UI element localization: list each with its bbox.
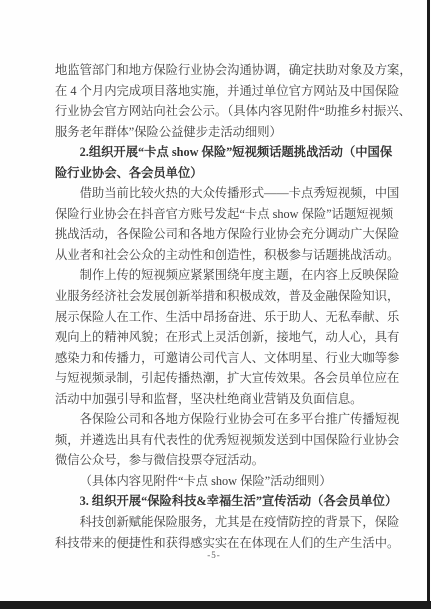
text-line: 在 4 个月内完成项目落地实施，并通过单位官方网站及中国保险: [55, 81, 411, 102]
text-line: 挑战活动，各保险公司和各地方保险行业协会充分调动广大保险: [55, 224, 411, 245]
text-line: 业服务经济社会发展创新举措和积极成效，普及金融保险知识，: [55, 286, 411, 307]
text-line: 感染力和传播力，可邀请公司代言人、文体明星、行业大咖等参: [55, 348, 411, 369]
text-line: 制作上传的短视频应紧紧围绕年度主题，在内容上反映保险: [55, 265, 411, 286]
text-line: 行业协会官方网站向社会公示。（具体内容见附件“助推乡村振兴、: [55, 101, 411, 122]
text-line: 险行业协会、各会员单位）: [55, 163, 411, 184]
text-line: 3. 组织开展“保险科技&幸福生活”宣传活动（各会员单位）: [55, 491, 411, 512]
text-line: 微信公众号，参与微信投票夺冠活动。: [55, 450, 411, 471]
text-line: 借助当前比较火热的大众传播形式——卡点秀短视频，中国: [55, 183, 411, 204]
text-line: 各保险公司和各地方保险行业协会可在多平台推广传播短视: [55, 409, 411, 430]
document-body: 地监管部门和地方保险行业协会沟通协调，确定扶助对象及方案，在 4 个月内完成项目…: [55, 60, 411, 553]
text-line: 科技创新赋能保险服务，尤其是在疫情防控的背景下，保险: [55, 512, 411, 533]
text-line: 地监管部门和地方保险行业协会沟通协调，确定扶助对象及方案，: [55, 60, 411, 81]
text-line: 从业者和社会公众的主动性和创造性，积极参与话题挑战活动。: [55, 245, 411, 266]
scan-edge-bottom: [0, 601, 431, 609]
page-number: -5-: [0, 550, 428, 560]
text-line: 频，并遴选出具有代表性的优秀短视频发送到中国保险行业协会: [55, 430, 411, 451]
text-line: 展示保险人在工作、生活中昂扬奋进、乐于助人、无私奉献、乐: [55, 307, 411, 328]
text-line: 保险行业协会在抖音官方账号发起“卡点 show 保险”话题短视频: [55, 204, 411, 225]
text-line: 活动中加强引导和监督，坚决杜绝商业营销及负面信息。: [55, 389, 411, 410]
text-line: 服务老年群体”保险公益健步走活动细则）: [55, 122, 411, 143]
text-line: 2.组织开展“卡点 show 保险”短视频话题挑战活动（中国保: [55, 142, 411, 163]
document-page: 地监管部门和地方保险行业协会沟通协调，确定扶助对象及方案，在 4 个月内完成项目…: [0, 0, 431, 609]
text-line: 与短视频录制，引起传播热潮，扩大宣传效果。各会员单位应在: [55, 368, 411, 389]
text-line: 观向上的精神风貌；在形式上灵活创新，接地气，动人心，具有: [55, 327, 411, 348]
scan-edge-right: [427, 0, 430, 609]
text-line: （具体内容见附件“卡点 show 保险”活动细则）: [55, 471, 411, 492]
